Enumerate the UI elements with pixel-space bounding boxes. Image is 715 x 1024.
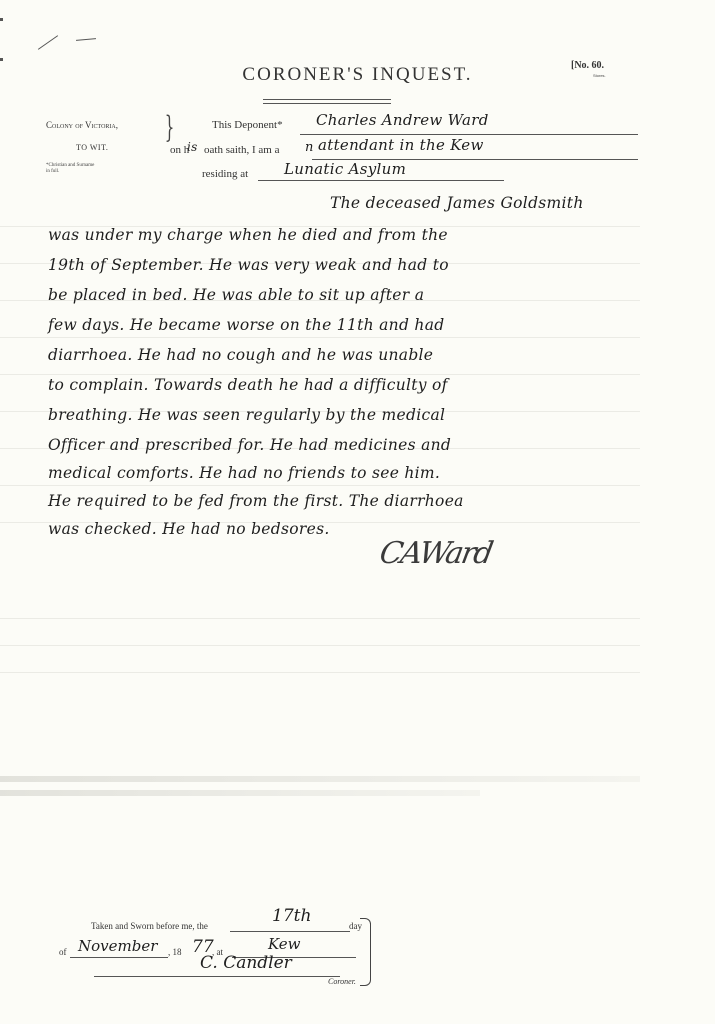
statement-line: He required to be fed from the first. Th… (48, 492, 464, 510)
deponent-name: Charles Andrew Ward (316, 111, 489, 129)
coroner-signature-line (94, 976, 340, 977)
inquest-deposition-page: CORONER'S INQUEST. [No. 60. Stores. Colo… (0, 0, 715, 1024)
of-label: of (59, 947, 67, 957)
pen-mark (76, 38, 96, 41)
name-footnote: *Christian and Surname in full. (46, 163, 96, 175)
pen-mark (0, 18, 3, 21)
statement-line: to complain. Towards death he had a diff… (48, 376, 448, 394)
jurat-brace-icon (360, 918, 371, 986)
statement-line: Officer and prescribed for. He had medic… (48, 436, 451, 454)
deponent-field-line (300, 134, 638, 135)
scan-smudge (0, 776, 640, 782)
statement-line: medical comforts. He had no friends to s… (48, 464, 440, 482)
statement-line: 19th of September. He was very weak and … (48, 256, 449, 274)
year-prefix: , 18 (168, 947, 182, 957)
paper-rule (0, 374, 640, 375)
colony-label: Colony of Victoria, (46, 120, 118, 130)
month-value: November (78, 937, 157, 955)
pen-mark (38, 35, 58, 50)
form-number: [No. 60. (571, 60, 604, 71)
oath-pronoun: is (187, 140, 198, 154)
residence-value: Lunatic Asylum (284, 160, 406, 178)
month-field-line (70, 957, 168, 958)
statement-line: few days. He became worse on the 11th an… (48, 316, 444, 334)
occupation-value: attendant in the Kew (318, 136, 484, 154)
coroner-signature: C. Candler (200, 953, 292, 973)
statement-line: breathing. He was seen regularly by the … (48, 406, 445, 424)
place-value: Kew (268, 935, 301, 953)
residing-label: residing at (202, 168, 248, 180)
statement-line: was checked. He had no bedsores. (48, 520, 330, 538)
paper-rule (0, 672, 640, 673)
day-value: 17th (272, 906, 311, 926)
deponent-label: This Deponent* (212, 119, 283, 131)
paper-rule (0, 337, 640, 338)
residence-field-line (258, 180, 504, 181)
title-underline (263, 99, 391, 104)
day-field-line (230, 931, 350, 932)
statement-line: be placed in bed. He was able to sit up … (48, 286, 424, 304)
scan-smudge (0, 790, 480, 796)
printer-mark: Stores. (593, 73, 606, 78)
document-title: CORONER'S INQUEST. (0, 64, 715, 86)
occupation-prefix: n (305, 140, 314, 155)
statement-line: diarrhoea. He had no cough and he was un… (48, 346, 433, 364)
oath-label: oath saith, I am a (204, 144, 279, 156)
brace-icon: } (165, 113, 175, 143)
paper-rule (0, 645, 640, 646)
statement-line: The deceased James Goldsmith (330, 194, 584, 212)
deponent-signature: CAWard (377, 536, 494, 571)
paper-rule (0, 485, 640, 486)
pen-mark (0, 58, 3, 61)
paper-rule (0, 618, 640, 619)
statement-line: was under my charge when he died and fro… (48, 226, 448, 244)
to-wit-label: TO WIT. (76, 143, 108, 152)
sworn-label: Taken and Sworn before me, the (91, 921, 208, 931)
coroner-label: Coroner. (328, 977, 356, 986)
